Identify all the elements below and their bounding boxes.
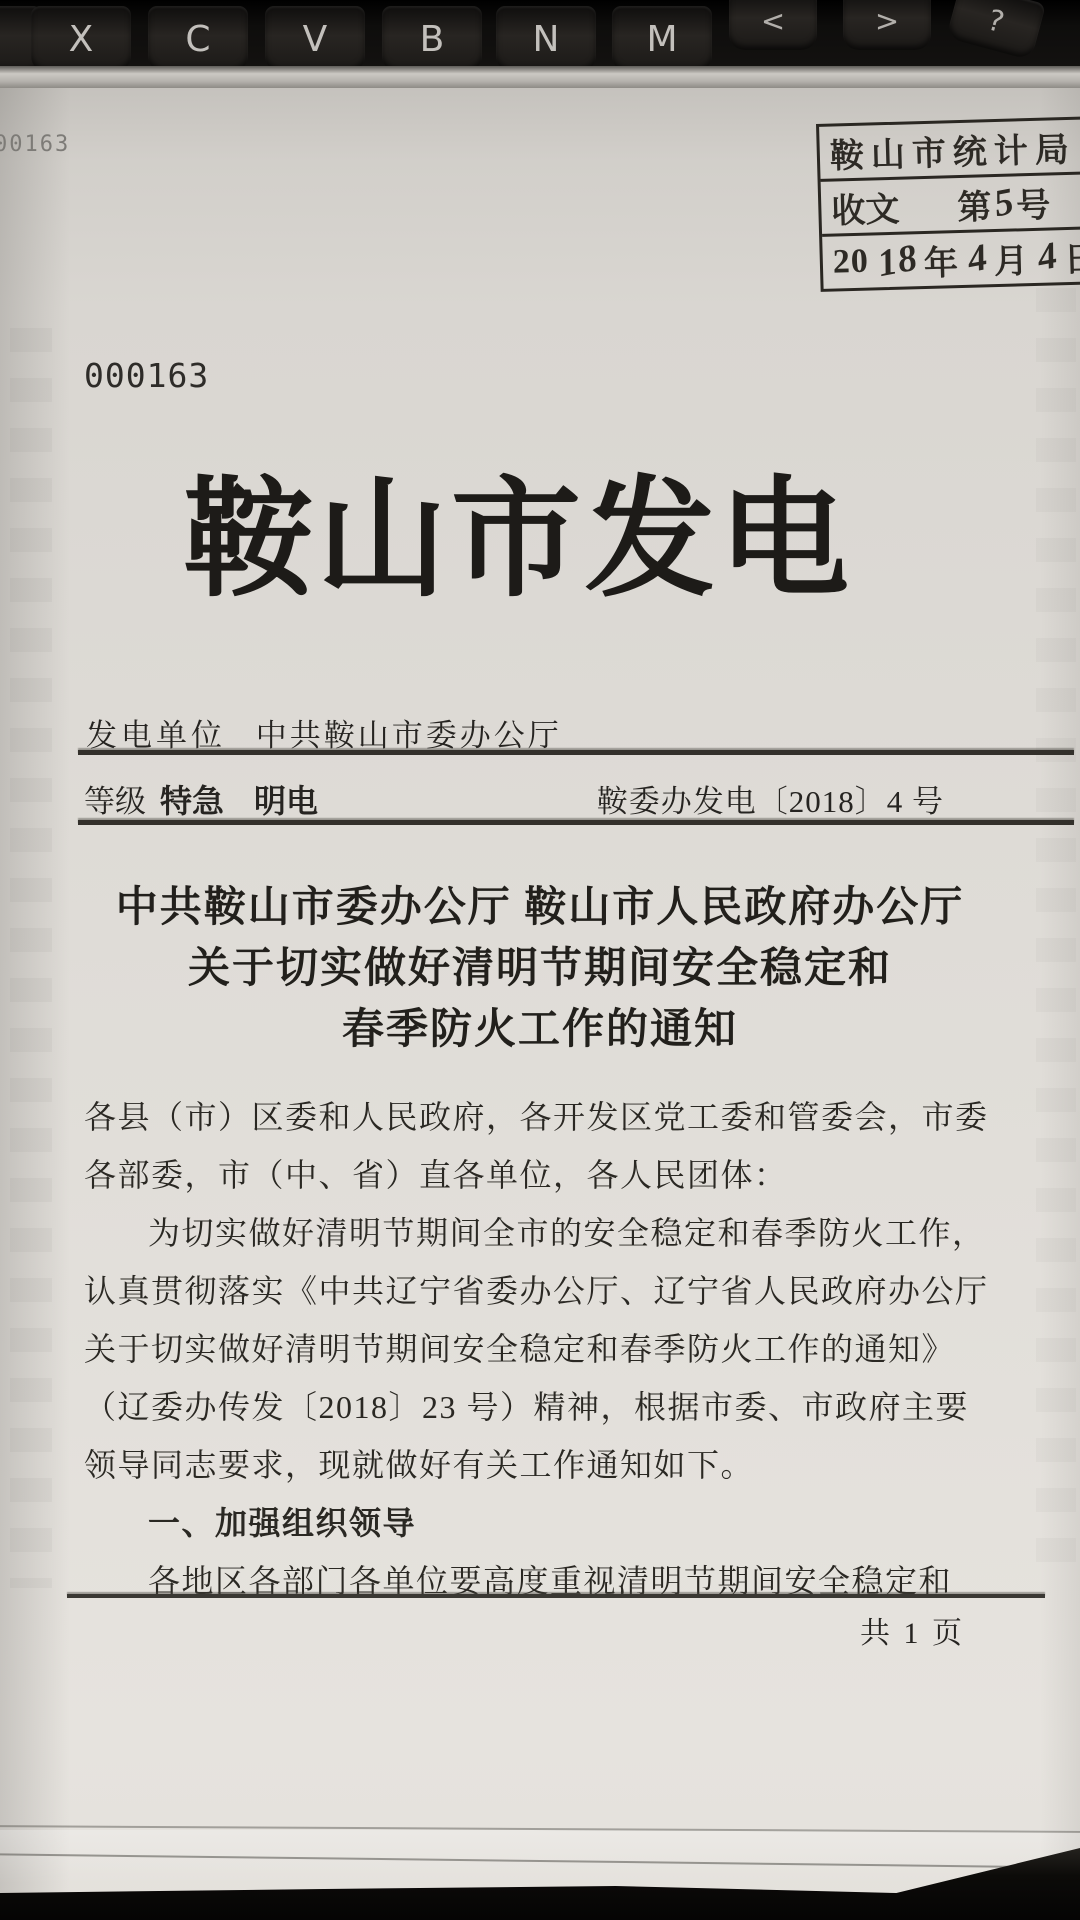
separator-rule-top xyxy=(78,750,1074,755)
stamp-no-suffix: 号 xyxy=(1016,177,1051,227)
keyboard-key-comma: < xyxy=(729,0,817,50)
stamp-receipt-number-row: 收文 第 5 号 xyxy=(821,174,1080,237)
stamp-date-month-handwritten: 4 xyxy=(964,235,992,282)
page-count: 共 1 页 xyxy=(860,1608,965,1652)
stamp-no-prefix: 第 xyxy=(957,179,992,229)
separator-rule-footer xyxy=(67,1594,1045,1598)
masthead-title: 鞍山市发电 xyxy=(183,466,883,616)
document-title-line-2: 关于切实做好清明节期间安全稳定和 xyxy=(0,939,1080,1000)
body-line: 领导同志要求，现就做好有关工作通知如下。 xyxy=(84,1436,1004,1494)
grade-row: 等级 特急 明电 鞍委办发电〔2018〕4 号 xyxy=(84,776,944,822)
section-heading-line: 一、加强组织领导 xyxy=(84,1494,1004,1552)
underlying-sheet-number: 00163 xyxy=(0,132,70,157)
stamp-gap xyxy=(899,204,957,206)
stamp-year-unit: 年 xyxy=(923,235,959,285)
body-line: 关于切实做好清明节期间安全稳定和春季防火工作的通知》 xyxy=(84,1320,1004,1378)
stamp-date-day-handwritten: 4 xyxy=(1034,233,1062,280)
stamp-day-unit: 日 xyxy=(1063,231,1080,281)
document-title: 中共鞍山市委办公厅 鞍山市人民政府办公厅 关于切实做好清明节期间安全稳定和 春季… xyxy=(0,878,1080,1061)
stamp-date-row: 20 18 年 4 月 4 日 xyxy=(822,229,1080,289)
bleedthrough-text-right xyxy=(1036,288,1076,1588)
grade-type: 明电 xyxy=(254,776,318,822)
doc-serial-number: 000163 xyxy=(84,356,209,395)
stamp-date-century: 20 xyxy=(832,243,869,282)
keyboard-key-b: B xyxy=(382,6,482,72)
separator-rule-mid xyxy=(78,820,1074,825)
keyboard-bezel-edge xyxy=(0,66,1080,88)
keyboard-key-question: ? xyxy=(946,0,1046,60)
body-line: 各县（市）区委和人民政府，各开发区党工委和管委会，市委 xyxy=(84,1088,1004,1146)
body-line: 认真贯彻落实《中共辽宁省委办公厅、辽宁省人民政府办公厅 xyxy=(84,1262,1004,1320)
keyboard-key-n: N xyxy=(496,6,596,72)
keyboard-key-m: M xyxy=(612,6,712,72)
issuing-unit-label: 发电单位 xyxy=(86,718,226,753)
grade-label: 等级 xyxy=(84,776,146,821)
stamp-month-unit: 月 xyxy=(993,233,1029,283)
keyboard-key-x: X xyxy=(31,6,131,72)
stamp-no-handwritten: 5 xyxy=(990,179,1017,226)
receipt-stamp: 鞍山市统计局 收文 第 5 号 20 18 年 4 月 4 日 xyxy=(816,116,1080,292)
reference-number: 鞍委办发电〔2018〕4 号 xyxy=(597,776,944,821)
body-text: 各县（市）区委和人民政府，各开发区党工委和管委会，市委 各部委，市（中、省）直各… xyxy=(84,1088,1004,1610)
body-line: 各地区各部门各单位要高度重视清明节期间安全稳定和 xyxy=(84,1552,1004,1610)
document-title-line-3: 春季防火工作的通知 xyxy=(0,1000,1080,1061)
issuing-unit-row: 发电单位 中共鞍山市委办公厅 xyxy=(86,710,562,755)
issuing-unit-value: 中共鞍山市委办公厅 xyxy=(256,718,562,753)
body-line: 为切实做好清明节期间全市的安全稳定和春季防火工作， xyxy=(84,1204,1004,1262)
stamp-org-name: 鞍山市统计局 xyxy=(819,119,1080,182)
document-title-line-1: 中共鞍山市委办公厅 鞍山市人民政府办公厅 xyxy=(0,878,1080,939)
body-line: 各部委，市（中、省）直各单位，各人民团体： xyxy=(84,1146,1004,1204)
keyboard-key-c: C xyxy=(148,6,248,72)
stamp-date-year-handwritten: 18 xyxy=(874,235,921,286)
document-page: 00163 鞍山市统计局 收文 第 5 号 20 18 年 4 月 4 日 00… xyxy=(0,88,1080,1920)
body-line: （辽委办传发〔2018〕23 号）精神，根据市委、市政府主要 xyxy=(84,1378,1004,1436)
stamp-receipt-label: 收文 xyxy=(831,181,900,232)
keyboard-key-period: > xyxy=(843,0,931,50)
keyboard-key-v: V xyxy=(265,6,365,72)
grade-urgency: 特急 xyxy=(160,776,224,822)
